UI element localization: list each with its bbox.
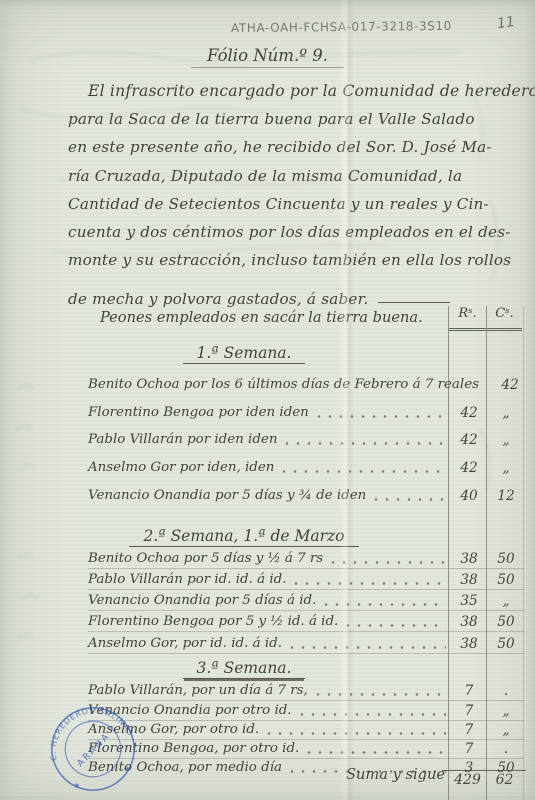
page-number: 11 xyxy=(496,14,516,32)
row-text: Florentino Bengoa por 5 y ½ id. á id. xyxy=(88,614,338,631)
reales-value: 7 xyxy=(450,683,488,700)
centimos-value: 50 xyxy=(488,572,524,589)
reales-value: 42 xyxy=(491,377,529,394)
centimos-value: „ xyxy=(488,593,524,610)
table-row: Pablo Villarán, por un día á 7 rs, 7 . xyxy=(88,683,524,701)
table-row: Benito Ochoa por los 6 últimos días de F… xyxy=(88,377,524,394)
paragraph-line: de mecha y polvora gastados, á saber. xyxy=(68,279,450,307)
manuscript-page: ATHA-OAH-FCHSA-017-3218-3S10 11 Fólio Nú… xyxy=(0,0,535,800)
section-heading-week3: 3.ª Semana. xyxy=(40,658,448,679)
paragraph-line: en este presente año, he recibido del So… xyxy=(68,138,525,166)
table-row: Venancio Onandia por otro id. 7 „ xyxy=(88,703,524,721)
reales-value: 42 xyxy=(450,405,488,422)
table-row: Anselmo Gor, por id. id. á id. 38 50 xyxy=(88,636,524,654)
centimos-value: . xyxy=(488,683,524,700)
table-row: Florentino Bengoa por 5 y ½ id. á id. 38… xyxy=(88,614,524,632)
body-paragraph: El infrascrito encargado por la Comunida… xyxy=(0,82,535,308)
dotted-leader xyxy=(317,414,446,419)
section-heading-text: 1.ª Semana. xyxy=(183,344,306,364)
row-text: Benito Ochoa por 5 días y ½ á 7 rs xyxy=(88,551,323,568)
sum-label: Suma y sigue xyxy=(325,766,445,783)
paragraph-line: ría Cruzada, Diputado de la misma Comuni… xyxy=(68,167,525,195)
sum-centimos-value: 62 xyxy=(487,772,522,788)
reales-value: 42 xyxy=(450,460,488,477)
centimos-value: „ xyxy=(529,377,535,394)
dotted-leader xyxy=(324,602,446,607)
centimos-value: 50 xyxy=(488,614,524,631)
centimos-value: . xyxy=(488,741,524,758)
table-row: Venancio Onandia por 5 días á id. 35 „ xyxy=(88,593,524,611)
dotted-leader xyxy=(346,623,446,628)
dotted-leader xyxy=(300,712,446,717)
centimos-value: „ xyxy=(488,703,524,720)
section-heading-text: 3.ª Semana. xyxy=(183,659,306,679)
reales-value: 42 xyxy=(450,432,488,449)
reales-value: 38 xyxy=(450,636,488,653)
row-text: Pablo Villarán por id. id. á id. xyxy=(88,572,286,589)
row-text: Florentino Bengoa por iden iden xyxy=(88,405,309,422)
column-header-centimos: Cˢ. xyxy=(487,306,522,331)
reales-value: 40 xyxy=(450,488,488,505)
paragraph-line: Cantidad de Setecientos Cincuenta y un r… xyxy=(68,195,525,223)
row-text: Venancio Onandia por 5 días y ¾ de iden xyxy=(88,488,366,505)
table-title: Peones empleados en sacár la tierra buen… xyxy=(100,309,423,326)
paragraph-line: para la Saca de la tierra buena para el … xyxy=(68,110,525,138)
filler-rule xyxy=(378,302,450,303)
row-text: Pablo Villarán por iden iden xyxy=(88,432,277,449)
reales-value: 35 xyxy=(450,593,488,610)
row-text: Benito Ochoa por los 6 últimos días de F… xyxy=(88,377,479,394)
centimos-value: „ xyxy=(488,722,524,739)
table-row: Anselmo Gor por iden, iden 42 „ xyxy=(88,460,524,477)
dotted-leader xyxy=(267,731,446,736)
dotted-leader xyxy=(307,750,446,755)
dotted-leader xyxy=(282,469,446,474)
folio-title-text: Fólio Núm.º 9. xyxy=(191,46,344,68)
paragraph-line: cuenta y dos céntimos por los días emple… xyxy=(68,223,525,251)
dotted-leader xyxy=(290,645,446,650)
dotted-leader xyxy=(285,441,446,446)
centimos-value: 50 xyxy=(488,551,524,568)
dotted-leader xyxy=(331,560,446,565)
centimos-value: 50 xyxy=(488,636,524,653)
reales-value: 7 xyxy=(450,722,488,739)
paragraph-line: El infrascrito encargado por la Comunida… xyxy=(88,82,525,110)
stamp-star-icon: ✱ xyxy=(73,781,81,790)
table-row: Benito Ochoa por 5 días y ½ á 7 rs 38 50 xyxy=(88,551,524,569)
table-row: Anselmo Gor, por otro id. 7 „ xyxy=(88,722,524,740)
section-heading-text: 2.ª Semana, 1.ª de Marzo xyxy=(129,527,358,547)
dotted-leader xyxy=(316,692,446,697)
dotted-leader xyxy=(374,497,446,502)
folio-title: Fólio Núm.º 9. xyxy=(0,46,535,68)
row-text: Venancio Onandia por 5 días á id. xyxy=(88,593,316,610)
table-row: Florentino Bengoa por iden iden 42 „ xyxy=(88,405,524,422)
centimos-value: 12 xyxy=(488,488,524,505)
reales-value: 38 xyxy=(450,614,488,631)
centimos-value: „ xyxy=(488,405,524,422)
row-text: Anselmo Gor, por id. id. á id. xyxy=(88,636,282,653)
table-row: Florentino Bengoa, por otro id. 7 . xyxy=(88,741,524,759)
section-heading-week2: 2.ª Semana, 1.ª de Marzo xyxy=(40,526,448,547)
reales-value: 38 xyxy=(450,551,488,568)
archival-reference: ATHA-OAH-FCHSA-017-3218-3S10 xyxy=(231,19,452,35)
sum-reales-value: 429 xyxy=(449,772,486,788)
paragraph-line: monte y su estracción, incluso también e… xyxy=(68,251,525,279)
dotted-leader xyxy=(294,581,446,586)
table-row: Pablo Villarán por id. id. á id. 38 50 xyxy=(88,572,524,590)
column-header-reales: Rˢ. xyxy=(449,306,486,331)
reales-value: 7 xyxy=(450,703,488,720)
reales-value: 7 xyxy=(450,741,488,758)
table-row: Venancio Onandia por 5 días y ¾ de iden … xyxy=(88,488,524,505)
paragraph-line-text: de mecha y polvora gastados, á saber. xyxy=(68,290,368,308)
centimos-value: „ xyxy=(488,460,524,477)
herederos-salinas-stamp: C. HEREDEROS SALINAS ARANA ✱ ✱ xyxy=(36,698,150,800)
row-text: Anselmo Gor por iden, iden xyxy=(88,460,274,477)
table-row: Pablo Villarán por iden iden 42 „ xyxy=(88,432,524,449)
reales-value: 38 xyxy=(450,572,488,589)
section-heading-week1: 1.ª Semana. xyxy=(40,343,448,364)
stamp-center-text: ARANA xyxy=(75,730,113,769)
centimos-value: „ xyxy=(488,432,524,449)
